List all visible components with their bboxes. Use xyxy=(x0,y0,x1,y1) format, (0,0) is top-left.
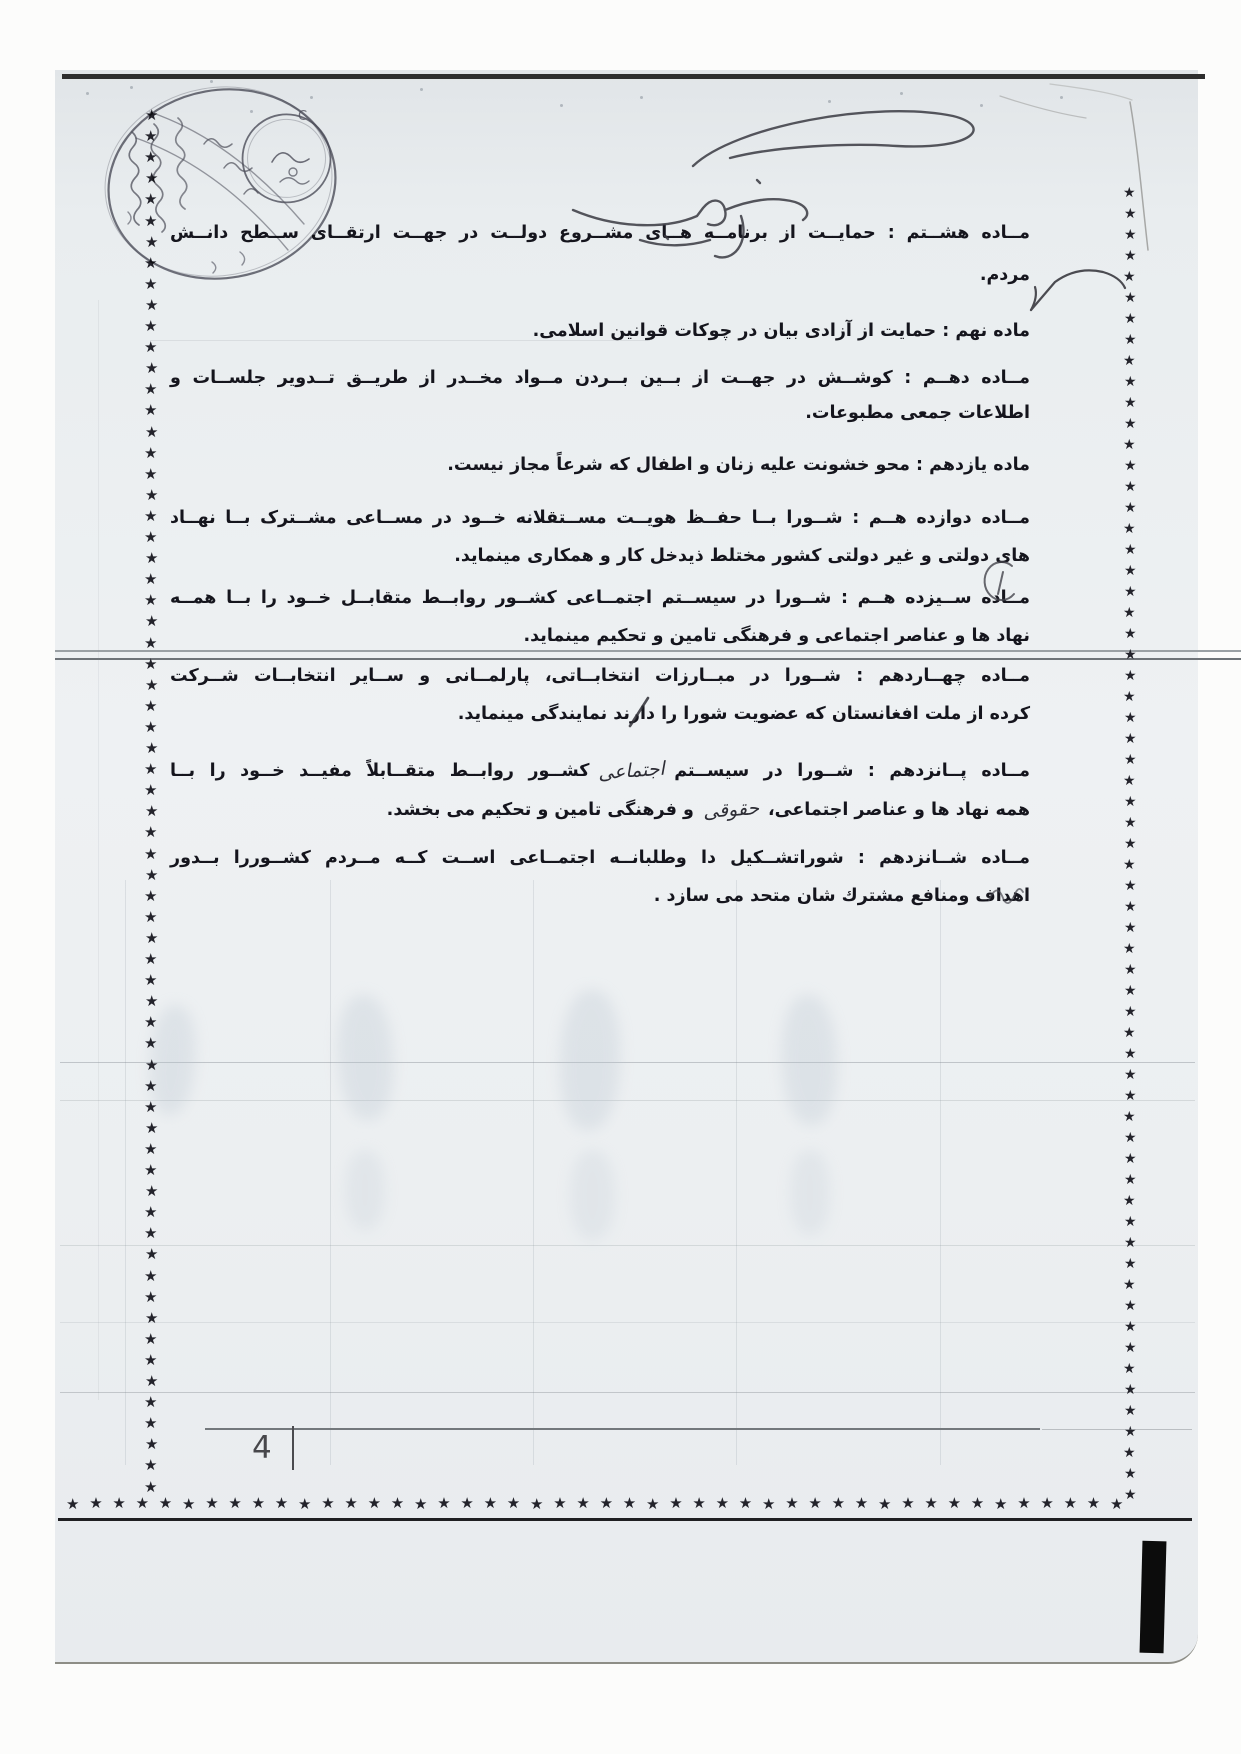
border-star: ★ xyxy=(600,1496,613,1511)
border-star: ★ xyxy=(739,1496,752,1511)
border-star: ★ xyxy=(144,1163,157,1178)
border-star: ★ xyxy=(112,1496,125,1511)
handwritten-checkmark xyxy=(1025,262,1135,317)
border-star: ★ xyxy=(507,1496,520,1511)
border-star: ★ xyxy=(1124,1467,1137,1481)
faint-scan-line xyxy=(60,1062,1195,1063)
faint-scan-line xyxy=(60,1100,1195,1101)
border-star: ★ xyxy=(144,1036,157,1051)
border-star: ★ xyxy=(136,1496,149,1511)
border-star: ★ xyxy=(646,1497,659,1512)
border-star: ★ xyxy=(145,1374,158,1389)
border-star: ★ xyxy=(1123,354,1136,368)
border-star: ★ xyxy=(205,1496,218,1511)
article-11-line-1: ماده يازدهم : محو خشونت عليه زنان و اطفا… xyxy=(170,452,1030,479)
border-star: ★ xyxy=(144,889,157,904)
border-star: ★ xyxy=(576,1496,589,1511)
border-star: ★ xyxy=(1124,375,1137,389)
border-star: ★ xyxy=(144,1416,157,1431)
border-star: ★ xyxy=(1124,1215,1137,1229)
border-star: ★ xyxy=(878,1497,891,1512)
border-star: ★ xyxy=(145,1121,158,1136)
border-star: ★ xyxy=(145,741,158,756)
border-star: ★ xyxy=(89,1496,102,1511)
border-star: ★ xyxy=(1124,1341,1137,1355)
border-star: ★ xyxy=(144,699,157,714)
faint-grid-line xyxy=(98,300,99,1400)
border-star: ★ xyxy=(1087,1496,1100,1511)
border-star: ★ xyxy=(145,1247,158,1262)
article-13-line-2: نهاد ها و عناصر اجتماعى و فرهنگى تامين و… xyxy=(170,623,1030,650)
border-star: ★ xyxy=(391,1496,404,1511)
border-star: ★ xyxy=(182,1497,195,1512)
border-star: ★ xyxy=(808,1496,821,1511)
article-12-line-1: مــاده دوازده هــم : شــورا بــا حفــظ ه… xyxy=(170,505,1030,532)
border-star: ★ xyxy=(1124,1404,1137,1418)
handwritten-signature xyxy=(545,88,1015,278)
border-star: ★ xyxy=(321,1496,334,1511)
border-star: ★ xyxy=(1123,1026,1136,1040)
border-star: ★ xyxy=(1123,606,1136,620)
article-10-line-2: اطلاعات جمعى مطبوعات. xyxy=(170,400,1030,427)
article-15-line-1: مــاده پــانزدهم : شــورا در سيســتماجتم… xyxy=(170,757,1030,785)
border-star: ★ xyxy=(144,1079,157,1094)
border-star: ★ xyxy=(1124,480,1137,494)
border-star: ★ xyxy=(1124,1257,1137,1271)
border-star: ★ xyxy=(144,1353,157,1368)
border-star: ★ xyxy=(252,1496,265,1511)
footer-rule-line xyxy=(1042,1429,1192,1430)
border-star: ★ xyxy=(144,593,157,608)
border-star: ★ xyxy=(623,1496,636,1511)
border-star: ★ xyxy=(1123,690,1136,704)
border-star: ★ xyxy=(1124,732,1137,746)
border-star: ★ xyxy=(1017,1496,1030,1511)
border-star: ★ xyxy=(145,551,158,566)
border-star: ★ xyxy=(144,340,157,355)
article-16-line-1: مــاده شــانزدهم : شوراتشــکيل دا وطلبان… xyxy=(170,845,1030,872)
border-star: ★ xyxy=(1123,522,1136,536)
border-star: ★ xyxy=(144,403,157,418)
border-star: ★ xyxy=(145,614,158,629)
border-star: ★ xyxy=(1123,1362,1136,1376)
border-star: ★ xyxy=(1123,1278,1136,1292)
border-star: ★ xyxy=(145,361,158,376)
bleed-through-ghost xyxy=(790,1150,830,1235)
border-star: ★ xyxy=(692,1496,705,1511)
border-star: ★ xyxy=(144,1269,157,1284)
footer-rule-line xyxy=(205,1428,1040,1430)
border-star: ★ xyxy=(762,1497,775,1512)
border-star: ★ xyxy=(414,1497,427,1512)
border-star: ★ xyxy=(971,1496,984,1511)
paper-crease xyxy=(990,78,1170,258)
faint-grid-line xyxy=(736,880,737,1465)
border-star: ★ xyxy=(484,1496,497,1511)
border-star: ★ xyxy=(530,1497,543,1512)
border-star: ★ xyxy=(145,1184,158,1199)
border-star: ★ xyxy=(1064,1496,1077,1511)
faint-scan-line xyxy=(60,1392,1195,1393)
fold-crease-line xyxy=(55,658,1241,660)
border-star: ★ xyxy=(1040,1496,1053,1511)
border-star: ★ xyxy=(298,1497,311,1512)
border-star: ★ xyxy=(1124,501,1137,515)
border-star: ★ xyxy=(144,1015,157,1030)
svg-text:C: C xyxy=(298,109,307,124)
border-star: ★ xyxy=(144,572,157,587)
border-star: ★ xyxy=(924,1496,937,1511)
border-star: ★ xyxy=(1123,1110,1136,1124)
border-star: ★ xyxy=(159,1496,172,1511)
border-star: ★ xyxy=(144,1100,157,1115)
border-star: ★ xyxy=(1124,921,1137,935)
border-star: ★ xyxy=(669,1496,682,1511)
border-star: ★ xyxy=(1124,984,1137,998)
border-star: ★ xyxy=(1124,1383,1137,1397)
article-14-line-1: مــاده چهــاردهم : شــورا در مبــارزات ا… xyxy=(170,663,1030,690)
border-star: ★ xyxy=(1124,1089,1137,1103)
border-star: ★ xyxy=(1124,1299,1137,1313)
border-star: ★ xyxy=(1124,1488,1137,1502)
text-segment: کشــور روابــط متقــابلاً مفيــد خــود ر… xyxy=(170,761,589,781)
border-star: ★ xyxy=(144,973,157,988)
border-star: ★ xyxy=(1124,753,1137,767)
border-star: ★ xyxy=(1124,648,1137,662)
border-star: ★ xyxy=(1110,1497,1123,1512)
border-star: ★ xyxy=(948,1496,961,1511)
border-star: ★ xyxy=(144,657,157,672)
border-star: ★ xyxy=(994,1497,1007,1512)
border-star: ★ xyxy=(437,1496,450,1511)
faint-grid-line xyxy=(940,880,941,1465)
border-star: ★ xyxy=(460,1496,473,1511)
scan-speckle xyxy=(86,92,89,95)
border-star: ★ xyxy=(1124,459,1137,473)
faint-grid-line xyxy=(330,880,331,1465)
border-star: ★ xyxy=(1124,1005,1137,1019)
border-star: ★ xyxy=(144,1458,157,1473)
border-star: ★ xyxy=(144,319,157,334)
border-star: ★ xyxy=(145,804,158,819)
border-star: ★ xyxy=(832,1496,845,1511)
border-star: ★ xyxy=(275,1496,288,1511)
scanned-document-screenshot: { "document": { "language": "fa", "artic… xyxy=(0,0,1241,1754)
border-star: ★ xyxy=(144,1142,157,1157)
border-star: ★ xyxy=(1124,963,1137,977)
fold-crease-line xyxy=(55,650,1241,652)
border-star: ★ xyxy=(1123,438,1136,452)
border-star: ★ xyxy=(1123,1194,1136,1208)
article-14-line-2: کرده از ملت افغانستان که عضويت شورا را د… xyxy=(170,701,1030,728)
border-star: ★ xyxy=(66,1497,79,1512)
border-star: ★ xyxy=(1124,900,1137,914)
border-star: ★ xyxy=(1124,711,1137,725)
border-star: ★ xyxy=(1124,396,1137,410)
border-star: ★ xyxy=(144,467,157,482)
border-star: ★ xyxy=(145,425,158,440)
border-star: ★ xyxy=(144,509,157,524)
border-star: ★ xyxy=(145,678,158,693)
border-star: ★ xyxy=(144,825,157,840)
bottom-border-line xyxy=(58,1518,1192,1521)
border-star: ★ xyxy=(1123,1446,1136,1460)
border-star: ★ xyxy=(1123,858,1136,872)
border-star: ★ xyxy=(855,1496,868,1511)
border-star: ★ xyxy=(1124,1131,1137,1145)
border-star: ★ xyxy=(1124,1152,1137,1166)
border-star: ★ xyxy=(145,1058,158,1073)
bleed-through-ghost xyxy=(570,1150,615,1240)
border-star: ★ xyxy=(716,1496,729,1511)
official-stamp-seal: C xyxy=(92,82,354,294)
border-star: ★ xyxy=(145,1311,158,1326)
scan-black-mark xyxy=(1140,1541,1167,1654)
border-star: ★ xyxy=(1124,1236,1137,1250)
pen-scribble-mark xyxy=(985,872,1027,914)
article-10-line-1: مــاده دهــم : کوشــش در جهــت از بــين … xyxy=(170,365,1030,392)
border-star: ★ xyxy=(1124,417,1137,431)
border-star: ★ xyxy=(785,1496,798,1511)
border-star: ★ xyxy=(1124,879,1137,893)
border-star: ★ xyxy=(144,847,157,862)
border-star: ★ xyxy=(144,1395,157,1410)
border-star: ★ xyxy=(144,382,157,397)
border-star: ★ xyxy=(144,446,157,461)
handwritten-word: اجتماعی xyxy=(598,756,666,788)
handwritten-word: حقوقی xyxy=(702,795,760,826)
text-segment: و فرهنگى تامين و تحکيم مى بخشد. xyxy=(387,800,694,820)
border-star: ★ xyxy=(145,298,158,313)
border-star: ★ xyxy=(144,1205,157,1220)
border-star: ★ xyxy=(144,1290,157,1305)
text-segment: همه نهاد ها و عناصر اجتماعى، xyxy=(768,800,1030,820)
border-star: ★ xyxy=(144,1480,157,1495)
faint-scan-line xyxy=(60,1245,1195,1246)
article-13-line-1: مــاده ســيزده هــم : شــورا در سيســتم … xyxy=(170,585,1030,612)
article-12-line-2: هاى دولتى و غير دولتى کشور مختلط ذيدخل ک… xyxy=(170,543,1030,570)
faint-scan-line xyxy=(60,1322,1195,1323)
border-star: ★ xyxy=(1124,1173,1137,1187)
page-number: 4 xyxy=(252,1430,272,1466)
hole-punch-mark xyxy=(982,560,1024,608)
border-star: ★ xyxy=(144,783,157,798)
page-number-tick xyxy=(292,1426,294,1470)
article-16-line-2: اهداف ومنافع مشترك شان متحد مى سازد . xyxy=(170,883,1030,910)
article-15-line-2: همه نهاد ها و عناصر اجتماعى،حقوقیو فرهنگ… xyxy=(170,796,1030,824)
border-star: ★ xyxy=(368,1496,381,1511)
border-star: ★ xyxy=(144,636,157,651)
border-star: ★ xyxy=(901,1496,914,1511)
border-star: ★ xyxy=(1124,837,1137,851)
border-star: ★ xyxy=(144,762,157,777)
border-star: ★ xyxy=(145,868,158,883)
border-star: ★ xyxy=(1123,774,1136,788)
article-9-line-1: ماده نهم : حمايت از آزادى بيان در چوکات … xyxy=(170,318,1030,345)
handwritten-slash-mark xyxy=(624,696,654,730)
faint-grid-line xyxy=(533,880,534,1465)
border-star: ★ xyxy=(1124,1047,1137,1061)
border-star: ★ xyxy=(144,1226,157,1241)
border-star: ★ xyxy=(144,720,157,735)
border-star: ★ xyxy=(228,1496,241,1511)
border-star: ★ xyxy=(145,931,158,946)
border-star: ★ xyxy=(144,1332,157,1347)
faint-grid-line xyxy=(125,880,126,1465)
border-star: ★ xyxy=(145,488,158,503)
border-star: ★ xyxy=(144,952,157,967)
border-star: ★ xyxy=(1123,942,1136,956)
border-star: ★ xyxy=(1124,564,1137,578)
border-star: ★ xyxy=(1124,795,1137,809)
border-star: ★ xyxy=(1124,627,1137,641)
border-star: ★ xyxy=(1124,1068,1137,1082)
border-star: ★ xyxy=(1124,1320,1137,1334)
border-star: ★ xyxy=(1124,1425,1137,1439)
border-star: ★ xyxy=(1124,816,1137,830)
scan-speckle xyxy=(420,88,423,91)
border-star: ★ xyxy=(553,1496,566,1511)
border-star: ★ xyxy=(144,910,157,925)
border-star: ★ xyxy=(145,1437,158,1452)
text-segment: مــاده پــانزدهم : شــورا در سيســتم xyxy=(674,761,1030,781)
border-star: ★ xyxy=(1124,543,1137,557)
bleed-through-ghost xyxy=(345,1150,385,1230)
border-star: ★ xyxy=(1124,585,1137,599)
border-star: ★ xyxy=(145,994,158,1009)
border-star: ★ xyxy=(144,530,157,545)
border-star: ★ xyxy=(1124,669,1137,683)
border-star: ★ xyxy=(1124,333,1137,347)
border-star: ★ xyxy=(344,1496,357,1511)
